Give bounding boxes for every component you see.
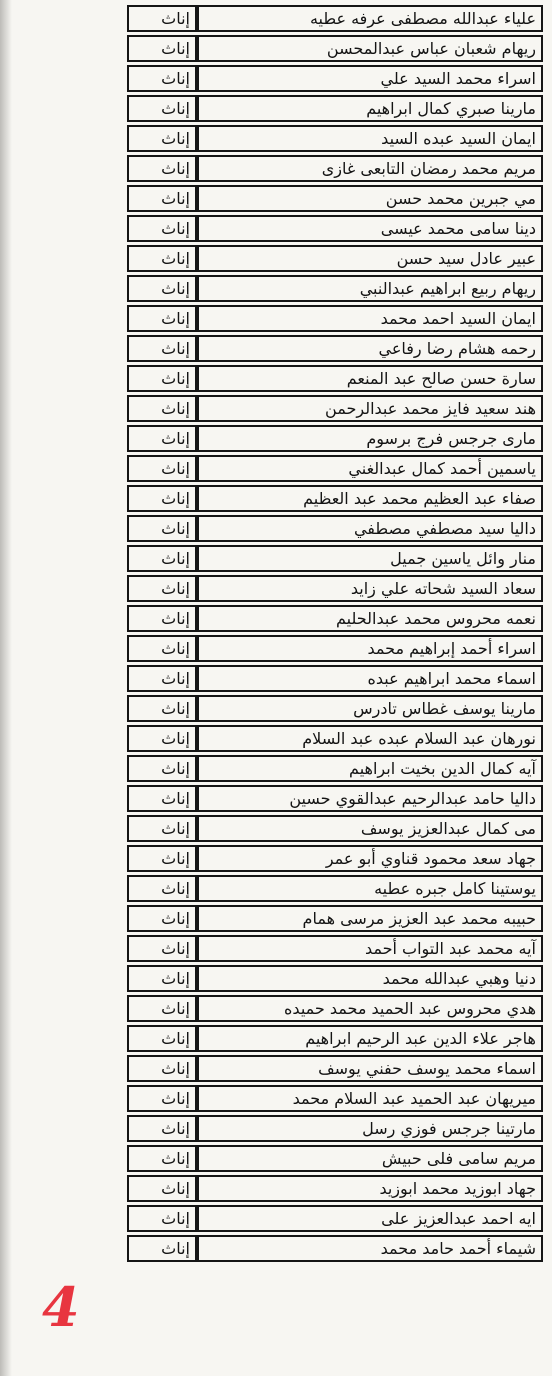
table-row: رحمه هشام رضا رفاعي إناث (127, 335, 543, 362)
table-row: ايمان السيد عبده السيد إناث (127, 125, 543, 152)
student-name-cell: آيه كمال الدين بخيت ابراهيم (197, 755, 543, 782)
student-name-cell: رحمه هشام رضا رفاعي (197, 335, 543, 362)
student-name-cell: اسماء محمد ابراهيم عبده (197, 665, 543, 692)
gender-cell: إناث (127, 35, 197, 62)
table-row: مي جبرين محمد حسن إناث (127, 185, 543, 212)
table-row: هند سعيد فايز محمد عبدالرحمن إناث (127, 395, 543, 422)
table-row: مارتينا جرجس فوزي رسل إناث (127, 1115, 543, 1142)
student-name-cell: ايمان السيد عبده السيد (197, 125, 543, 152)
gender-cell: إناث (127, 395, 197, 422)
gender-cell: إناث (127, 665, 197, 692)
gender-cell: إناث (127, 785, 197, 812)
gender-cell: إناث (127, 1235, 197, 1262)
table-row: دنيا وهبي عبدالله محمد إناث (127, 965, 543, 992)
table-row: مريم سامى فلى حبيش إناث (127, 1145, 543, 1172)
student-name-cell: ايه احمد عبدالعزيز على (197, 1205, 543, 1232)
table-row: ايمان السيد احمد محمد إناث (127, 305, 543, 332)
table-row: مارينا صبري كمال ابراهيم إناث (127, 95, 543, 122)
student-name-cell: آيه محمد عبد التواب أحمد (197, 935, 543, 962)
gender-cell: إناث (127, 275, 197, 302)
gender-cell: إناث (127, 845, 197, 872)
student-name-cell: شيماء أحمد حامد محمد (197, 1235, 543, 1262)
gender-cell: إناث (127, 305, 197, 332)
table-row: عبير عادل سيد حسن إناث (127, 245, 543, 272)
gender-cell: إناث (127, 1085, 197, 1112)
gender-cell: إناث (127, 935, 197, 962)
scanned-document-page: علياء عبدالله مصطفى عرفه عطيه إناث ريهام… (0, 0, 552, 1376)
gender-cell: إناث (127, 635, 197, 662)
table-row: آيه كمال الدين بخيت ابراهيم إناث (127, 755, 543, 782)
student-name-cell: هاجر علاء الدين عبد الرحيم ابراهيم (197, 1025, 543, 1052)
table-row: هدي محروس عبد الحميد محمد حميده إناث (127, 995, 543, 1022)
student-name-cell: سعاد السيد شحاته علي زايد (197, 575, 543, 602)
gender-cell: إناث (127, 95, 197, 122)
gender-cell: إناث (127, 185, 197, 212)
table-row: داليا سيد مصطفي مصطفي إناث (127, 515, 543, 542)
student-name-cell: دينا سامى محمد عيسى (197, 215, 543, 242)
gender-cell: إناث (127, 335, 197, 362)
student-name-cell: حبيبه محمد عبد العزيز مرسى همام (197, 905, 543, 932)
table-row: منار وائل ياسين جميل إناث (127, 545, 543, 572)
gender-cell: إناث (127, 1025, 197, 1052)
table-row: اسماء محمد ابراهيم عبده إناث (127, 665, 543, 692)
gender-cell: إناث (127, 245, 197, 272)
table-row: دينا سامى محمد عيسى إناث (127, 215, 543, 242)
gender-cell: إناث (127, 695, 197, 722)
gender-cell: إناث (127, 1145, 197, 1172)
table-row: ميريهان عبد الحميد عبد السلام محمد إناث (127, 1085, 543, 1112)
names-roster-table: علياء عبدالله مصطفى عرفه عطيه إناث ريهام… (127, 2, 543, 1265)
table-row: داليا حامد عبدالرحيم عبدالقوي حسين إناث (127, 785, 543, 812)
student-name-cell: هدي محروس عبد الحميد محمد حميده (197, 995, 543, 1022)
student-name-cell: مارى جرجس فرج برسوم (197, 425, 543, 452)
gender-cell: إناث (127, 485, 197, 512)
table-row: يوستينا كامل جبره عطيه إناث (127, 875, 543, 902)
gender-cell: إناث (127, 65, 197, 92)
table-row: جهاد ابوزيد محمد ابوزيد إناث (127, 1175, 543, 1202)
page-number: 4 (42, 1280, 80, 1334)
table-row: نعمه محروس محمد عبدالحليم إناث (127, 605, 543, 632)
gender-cell: إناث (127, 155, 197, 182)
student-name-cell: يوستينا كامل جبره عطيه (197, 875, 543, 902)
student-name-cell: مى كمال عبدالعزيز يوسف (197, 815, 543, 842)
student-name-cell: علياء عبدالله مصطفى عرفه عطيه (197, 5, 543, 32)
gender-cell: إناث (127, 1175, 197, 1202)
gender-cell: إناث (127, 875, 197, 902)
table-row: ريهام شعبان عباس عبدالمحسن إناث (127, 35, 543, 62)
student-name-cell: ريهام شعبان عباس عبدالمحسن (197, 35, 543, 62)
table-row: مريم محمد رمضان التابعى غازى إناث (127, 155, 543, 182)
student-name-cell: مارينا يوسف غطاس تادرس (197, 695, 543, 722)
gender-cell: إناث (127, 965, 197, 992)
student-name-cell: عبير عادل سيد حسن (197, 245, 543, 272)
table-body: علياء عبدالله مصطفى عرفه عطيه إناث ريهام… (127, 5, 543, 1262)
student-name-cell: ريهام ربيع ابراهيم عبدالنبي (197, 275, 543, 302)
student-name-cell: مريم محمد رمضان التابعى غازى (197, 155, 543, 182)
gender-cell: إناث (127, 605, 197, 632)
student-name-cell: نعمه محروس محمد عبدالحليم (197, 605, 543, 632)
gender-cell: إناث (127, 215, 197, 242)
student-name-cell: مريم سامى فلى حبيش (197, 1145, 543, 1172)
gender-cell: إناث (127, 995, 197, 1022)
student-name-cell: منار وائل ياسين جميل (197, 545, 543, 572)
gender-cell: إناث (127, 1205, 197, 1232)
gender-cell: إناث (127, 365, 197, 392)
table-row: مارينا يوسف غطاس تادرس إناث (127, 695, 543, 722)
student-name-cell: ياسمين أحمد كمال عبدالغني (197, 455, 543, 482)
gender-cell: إناث (127, 455, 197, 482)
table-row: نورهان عبد السلام عبده عبد السلام إناث (127, 725, 543, 752)
student-name-cell: داليا سيد مصطفي مصطفي (197, 515, 543, 542)
scan-edge-shading (0, 0, 12, 1376)
gender-cell: إناث (127, 815, 197, 842)
gender-cell: إناث (127, 575, 197, 602)
table-row: مارى جرجس فرج برسوم إناث (127, 425, 543, 452)
gender-cell: إناث (127, 905, 197, 932)
table-row: هاجر علاء الدين عبد الرحيم ابراهيم إناث (127, 1025, 543, 1052)
student-name-cell: سارة حسن صالح عبد المنعم (197, 365, 543, 392)
student-name-cell: صفاء عبد العظيم محمد عبد العظيم (197, 485, 543, 512)
gender-cell: إناث (127, 755, 197, 782)
gender-cell: إناث (127, 725, 197, 752)
student-name-cell: ميريهان عبد الحميد عبد السلام محمد (197, 1085, 543, 1112)
gender-cell: إناث (127, 545, 197, 572)
student-name-cell: هند سعيد فايز محمد عبدالرحمن (197, 395, 543, 422)
gender-cell: إناث (127, 125, 197, 152)
table-row: جهاد سعد محمود قناوي أبو عمر إناث (127, 845, 543, 872)
table-row: ايه احمد عبدالعزيز على إناث (127, 1205, 543, 1232)
table-row: اسماء محمد يوسف حفني يوسف إناث (127, 1055, 543, 1082)
student-name-cell: اسراء أحمد إبراهيم محمد (197, 635, 543, 662)
gender-cell: إناث (127, 5, 197, 32)
gender-cell: إناث (127, 425, 197, 452)
table-row: ريهام ربيع ابراهيم عبدالنبي إناث (127, 275, 543, 302)
table-row: اسراء محمد السيد علي إناث (127, 65, 543, 92)
table-row: صفاء عبد العظيم محمد عبد العظيم إناث (127, 485, 543, 512)
student-name-cell: مي جبرين محمد حسن (197, 185, 543, 212)
student-name-cell: دنيا وهبي عبدالله محمد (197, 965, 543, 992)
table-row: حبيبه محمد عبد العزيز مرسى همام إناث (127, 905, 543, 932)
student-name-cell: جهاد سعد محمود قناوي أبو عمر (197, 845, 543, 872)
table-row: اسراء أحمد إبراهيم محمد إناث (127, 635, 543, 662)
student-name-cell: اسراء محمد السيد علي (197, 65, 543, 92)
student-name-cell: مارتينا جرجس فوزي رسل (197, 1115, 543, 1142)
student-name-cell: جهاد ابوزيد محمد ابوزيد (197, 1175, 543, 1202)
gender-cell: إناث (127, 1055, 197, 1082)
table-row: آيه محمد عبد التواب أحمد إناث (127, 935, 543, 962)
student-name-cell: نورهان عبد السلام عبده عبد السلام (197, 725, 543, 752)
student-name-cell: مارينا صبري كمال ابراهيم (197, 95, 543, 122)
student-name-cell: داليا حامد عبدالرحيم عبدالقوي حسين (197, 785, 543, 812)
student-name-cell: اسماء محمد يوسف حفني يوسف (197, 1055, 543, 1082)
table-row: علياء عبدالله مصطفى عرفه عطيه إناث (127, 5, 543, 32)
gender-cell: إناث (127, 515, 197, 542)
student-name-cell: ايمان السيد احمد محمد (197, 305, 543, 332)
table-row: مى كمال عبدالعزيز يوسف إناث (127, 815, 543, 842)
table-row: ياسمين أحمد كمال عبدالغني إناث (127, 455, 543, 482)
table-row: شيماء أحمد حامد محمد إناث (127, 1235, 543, 1262)
table-row: سارة حسن صالح عبد المنعم إناث (127, 365, 543, 392)
table-row: سعاد السيد شحاته علي زايد إناث (127, 575, 543, 602)
gender-cell: إناث (127, 1115, 197, 1142)
